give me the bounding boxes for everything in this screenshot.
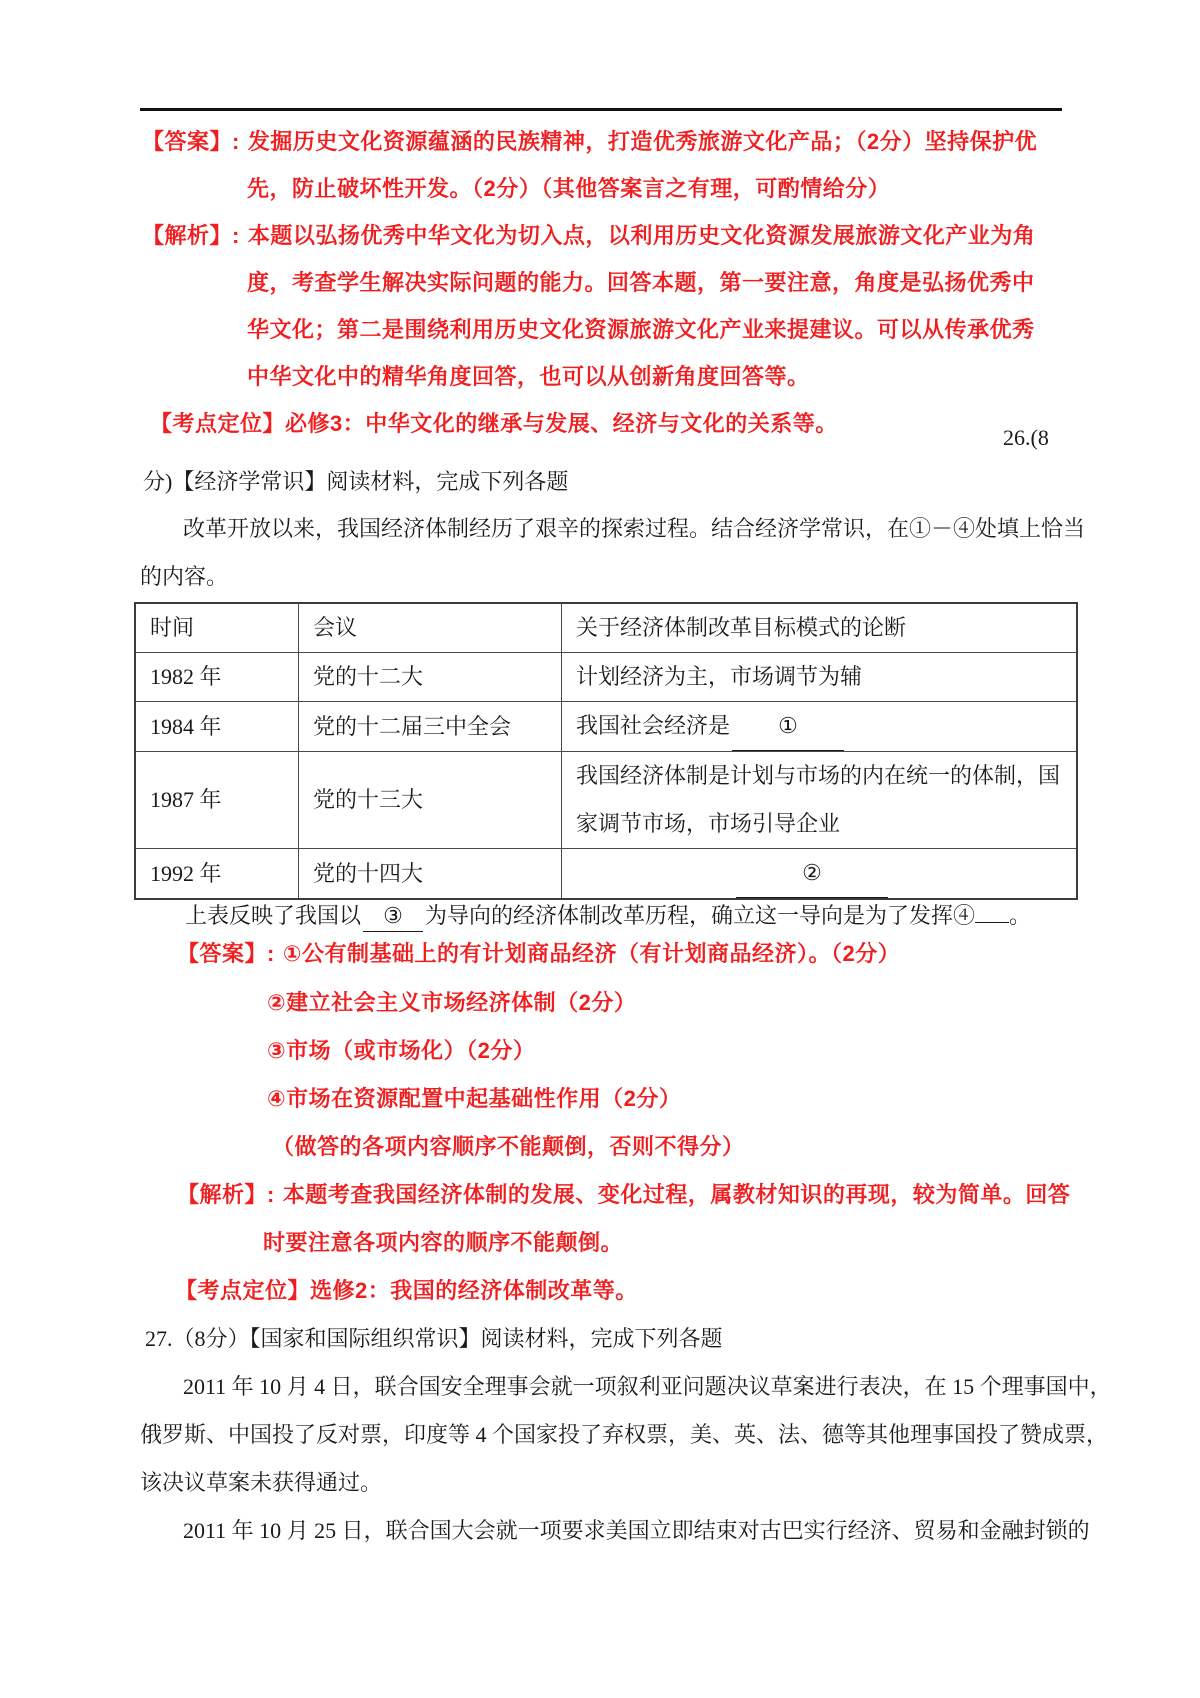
q26-keypoint-line: 【考点定位】选修2：我国的经济体制改革等。 bbox=[175, 1276, 638, 1306]
q27-para1-line1: 2011 年 10 月 4 日，联合国安全理事会就一项叙利亚问题决议草案进行表决… bbox=[183, 1372, 1112, 1402]
analysis-label: 【解析】: bbox=[177, 1180, 275, 1210]
q26-intro-line2: 改革开放以来，我国经济体制经历了艰辛的探索过程。结合经济学常识，在①－④处填上恰… bbox=[183, 514, 1085, 544]
table-cell-statement: 计划经济为主，市场调节为辅 bbox=[562, 653, 1078, 702]
q27-heading: 27.（8分）【国家和国际组织常识】阅读材料，完成下列各题 bbox=[145, 1324, 723, 1354]
summary-part2: 为导向的经济体制改革历程，确立这一导向是为了发挥 bbox=[425, 903, 953, 928]
table-cell-year: 1984 年 bbox=[135, 702, 299, 752]
q26-answer-line1: 【答案】:①公有制基础上的有计划商品经济（有计划商品经济）。（2分） bbox=[177, 939, 900, 969]
table-header-time: 时间 bbox=[135, 603, 299, 653]
q25-keypoint-line: 【考点定位】必修3：中华文化的继承与发展、经济与文化的关系等。 bbox=[150, 409, 838, 439]
table-cell-meeting: 党的十二大 bbox=[299, 653, 562, 702]
table-header-meeting: 会议 bbox=[299, 603, 562, 653]
q25-analysis-line1: 【解析】:本题以弘扬优秀中华文化为切入点，以利用历史文化资源发展旅游文化产业为角 bbox=[142, 221, 1035, 251]
table-cell-year: 1982 年 bbox=[135, 653, 299, 702]
table-cell-meeting: 党的十二届三中全会 bbox=[299, 702, 562, 752]
table-header-row: 时间 会议 关于经济体制改革目标模式的论断 bbox=[135, 603, 1077, 653]
table-row: 1982 年 党的十二大 计划经济为主，市场调节为辅 bbox=[135, 653, 1077, 702]
fill-blank-4 bbox=[975, 898, 1009, 923]
summary-circle4: ④ bbox=[953, 903, 975, 928]
table-cell-meeting: 党的十三大 bbox=[299, 752, 562, 849]
economic-reform-table: 时间 会议 关于经济体制改革目标模式的论断 1982 年 党的十二大 计划经济为… bbox=[134, 602, 1078, 900]
table-cell-year: 1992 年 bbox=[135, 849, 299, 900]
q26-number-fragment: 26.(8 bbox=[1003, 423, 1049, 453]
q27-para1-line2: 俄罗斯、中国投了反对票，印度等 4 个国家投了弃权票，美、英、法、德等其他理事国… bbox=[140, 1420, 1108, 1450]
statement-text: 我国社会经济是 bbox=[576, 713, 730, 738]
answer-label: 【答案】: bbox=[177, 939, 275, 969]
table-cell-meeting: 党的十四大 bbox=[299, 849, 562, 900]
fill-blank-2: ② bbox=[736, 849, 888, 898]
q27-para2-line1: 2011 年 10 月 25 日，联合国大会就一项要求美国立即结束对古巴实行经济… bbox=[183, 1516, 1090, 1546]
summary-part1: 上表反映了我国以 bbox=[185, 903, 361, 928]
table-row: 1992 年 党的十四大 ② bbox=[135, 849, 1077, 900]
q25-analysis-line2: 度，考查学生解决实际问题的能力。回答本题，第一要注意，角度是弘扬优秀中 bbox=[247, 268, 1035, 298]
fill-blank-1: ① bbox=[732, 702, 844, 751]
q26-summary-line: 上表反映了我国以③为导向的经济体制改革历程，确立这一导向是为了发挥④。 bbox=[185, 898, 1031, 932]
q27-para1-line3: 该决议草案未获得通过。 bbox=[140, 1468, 382, 1498]
table-header-statement: 关于经济体制改革目标模式的论断 bbox=[562, 603, 1078, 653]
q26-answer-note: （做答的各项内容顺序不能颠倒，否则不得分） bbox=[272, 1132, 745, 1162]
table-row: 1987 年 党的十三大 我国经济体制是计划与市场的内在统一的体制，国家调节市场… bbox=[135, 752, 1077, 849]
q25-answer-line2: 先，防止破坏性开发。（2分）（其他答案言之有理，可酌情给分） bbox=[247, 174, 890, 204]
fill-blank-3: ③ bbox=[363, 901, 423, 932]
table-cell-statement: ② bbox=[562, 849, 1078, 900]
top-divider-rule bbox=[140, 108, 1062, 111]
q26-answer-item2: ②建立社会主义市场经济体制（2分） bbox=[267, 988, 636, 1018]
q26-intro-line1: 分)【经济学常识】阅读材料，完成下列各题 bbox=[143, 467, 568, 497]
q25-answer-text1: 发掘历史文化资源蕴涵的民族精神，打造优秀旅游文化产品；（2分）坚持保护优 bbox=[248, 129, 1037, 154]
analysis-label: 【解析】: bbox=[142, 221, 240, 251]
q25-answer-line1: 【答案】:发掘历史文化资源蕴涵的民族精神，打造优秀旅游文化产品；（2分）坚持保护… bbox=[142, 127, 1037, 157]
q26-analysis-line1: 【解析】:本题考查我国经济体制的发展、变化过程，属教材知识的再现，较为简单。回答 bbox=[177, 1180, 1070, 1210]
q26-answer-item1: ①公有制基础上的有计划商品经济（有计划商品经济）。（2分） bbox=[283, 941, 900, 966]
table-row: 1984 年 党的十二届三中全会 我国社会经济是① bbox=[135, 702, 1077, 752]
q25-analysis-line4: 中华文化中的精华角度回答，也可以从创新角度回答等。 bbox=[247, 362, 810, 392]
table-cell-year: 1987 年 bbox=[135, 752, 299, 849]
q25-analysis-text1: 本题以弘扬优秀中华文化为切入点，以利用历史文化资源发展旅游文化产业为角 bbox=[248, 223, 1036, 248]
q26-analysis-line2: 时要注意各项内容的顺序不能颠倒。 bbox=[263, 1228, 623, 1258]
answer-label: 【答案】: bbox=[142, 127, 240, 157]
q26-answer-item4: ④市场在资源配置中起基础性作用（2分） bbox=[267, 1084, 681, 1114]
q26-answer-item3: ③市场（或市场化）（2分） bbox=[267, 1036, 535, 1066]
table-cell-statement: 我国社会经济是① bbox=[562, 702, 1078, 752]
q26-intro-line3: 的内容。 bbox=[140, 562, 228, 592]
q25-analysis-line3: 华文化；第二是围绕利用历史文化资源旅游文化产业来提建议。可以从传承优秀 bbox=[247, 315, 1035, 345]
summary-part3: 。 bbox=[1009, 903, 1031, 928]
table-cell-statement: 我国经济体制是计划与市场的内在统一的体制，国家调节市场，市场引导企业 bbox=[562, 752, 1078, 849]
exam-answer-page: 【答案】:发掘历史文化资源蕴涵的民族精神，打造优秀旅游文化产品；（2分）坚持保护… bbox=[0, 0, 1200, 1698]
q26-analysis-text1: 本题考查我国经济体制的发展、变化过程，属教材知识的再现，较为简单。回答 bbox=[283, 1182, 1071, 1207]
